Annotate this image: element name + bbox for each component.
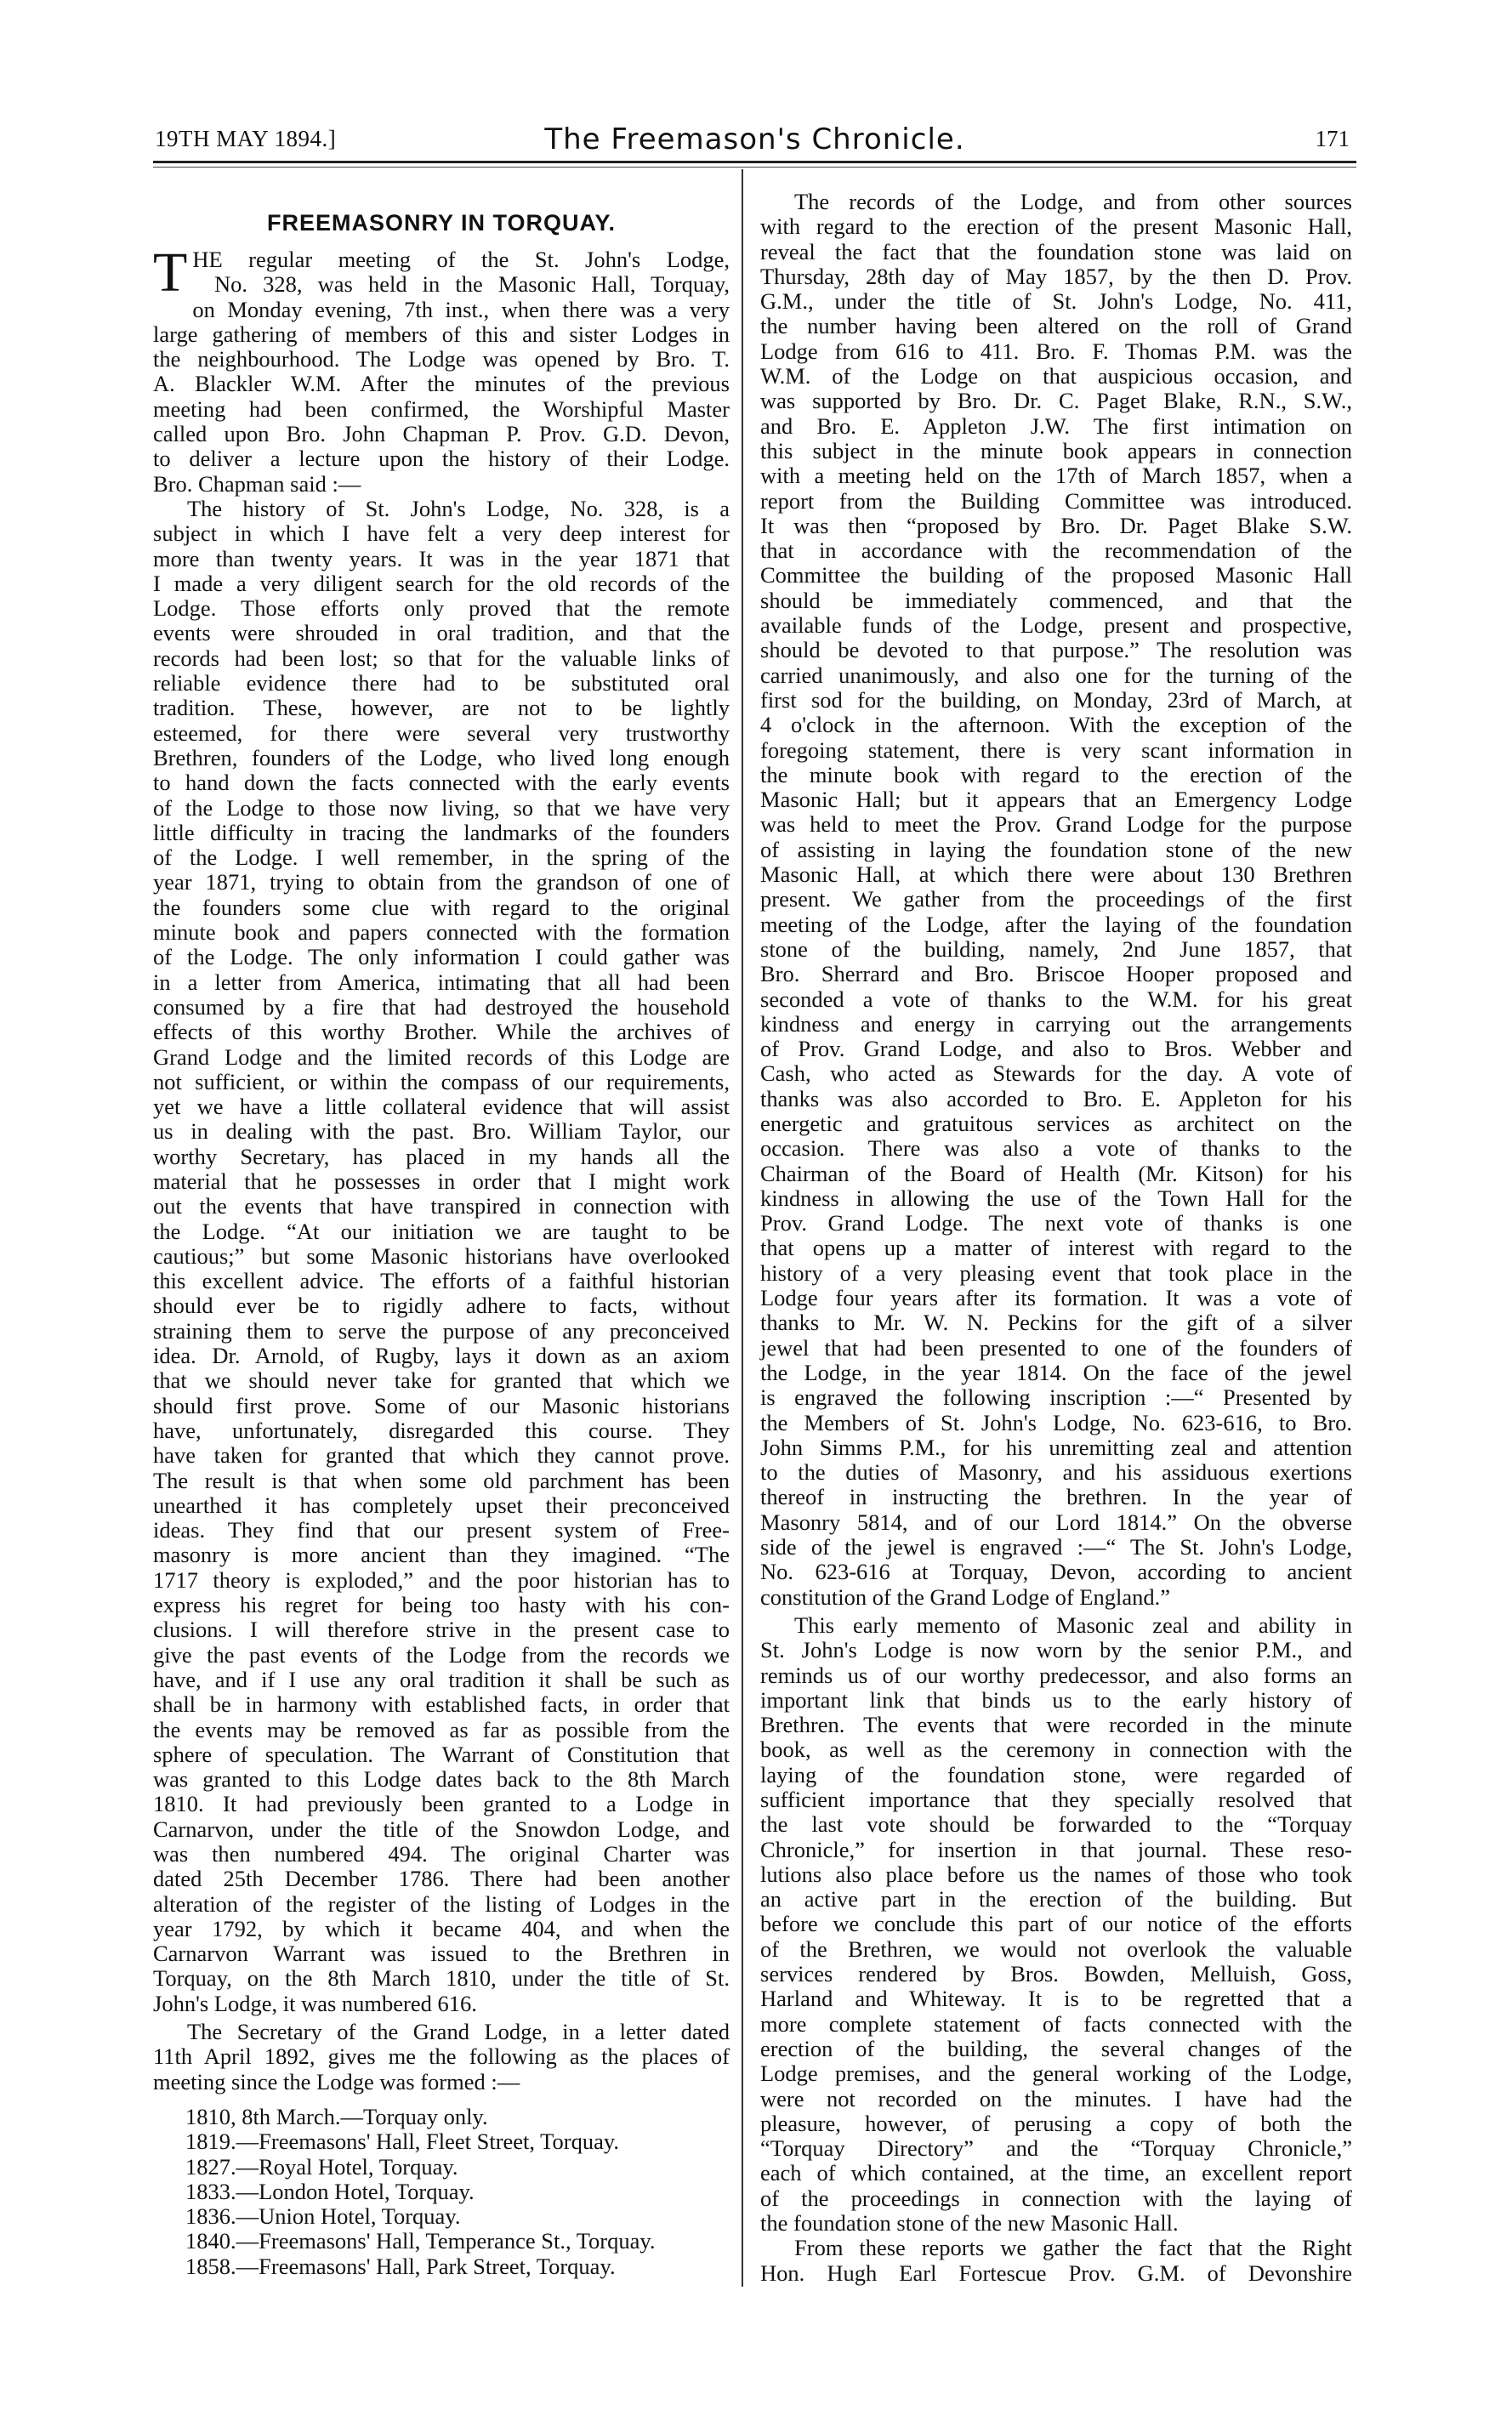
text-line: The records of the Lodge, and from other…	[760, 190, 1352, 214]
text-line: that we should never take for granted th…	[153, 1368, 730, 1393]
text-line: the foundation stone of the new Masonic …	[760, 2211, 1352, 2236]
text-line: that opens up a matter of interest with …	[760, 1236, 1352, 1260]
text-line: was supported by Bro. Dr. C. Paget Blake…	[760, 389, 1352, 413]
text-line: unearthed it has completely upset their …	[153, 1493, 730, 1518]
text-line: alteration of the register of the listin…	[153, 1892, 730, 1917]
text-line: consumed by a fire that had destroyed th…	[153, 995, 730, 1020]
text-line: The result is that when some old parchme…	[153, 1469, 730, 1493]
text-line: lutions also place before us the names o…	[760, 1862, 1352, 1887]
text-line: not sufficient, or within the compass of…	[153, 1070, 730, 1094]
text-line: should be devoted to that purpose.” The …	[760, 638, 1352, 662]
text-line: the Lodge, in the year 1814. On the face…	[760, 1361, 1352, 1385]
text-line: The history of St. John's Lodge, No. 328…	[153, 497, 730, 521]
text-line: sufficient importance that they speciall…	[760, 1788, 1352, 1812]
text-line: constitution of the Grand Lodge of Engla…	[760, 1585, 1352, 1610]
text-line: was then numbered 494. The original Char…	[153, 1842, 730, 1867]
text-line: Lodge premises, and the general working …	[760, 2061, 1352, 2086]
text-line: material that he possesses in order that…	[153, 1169, 730, 1194]
text-line: Lodge. Those efforts only proved that th…	[153, 596, 730, 621]
text-line: have taken for granted that which they c…	[153, 1443, 730, 1468]
text-line: Lodge from 616 to 411. Bro. F. Thomas P.…	[760, 339, 1352, 364]
text-line: should be immediately commenced, and tha…	[760, 588, 1352, 613]
text-line: 1827.—Royal Hotel, Torquay.	[153, 2155, 730, 2180]
text-line: the minute book with regard to the erect…	[760, 763, 1352, 787]
header-rule-thick	[153, 161, 1356, 163]
memento-paragraph: This early memento of Masonic zeal and a…	[760, 1613, 1352, 2236]
text-line: this subject in the minute book appears …	[760, 439, 1352, 463]
page-number: 171	[1316, 126, 1350, 152]
text-line: events were shrouded in oral tradition, …	[153, 621, 730, 645]
text-line: more complete statement of facts connect…	[760, 2012, 1352, 2037]
text-line: Masonic Hall, at which there were about …	[760, 862, 1352, 887]
text-line: is engraved the following inscription :—…	[760, 1385, 1352, 1410]
text-line: the events may be removed as far as poss…	[153, 1718, 730, 1742]
text-line: us in dealing with the past. Bro. Willia…	[153, 1119, 730, 1144]
text-line: stone of the building, namely, 2nd June …	[760, 937, 1352, 962]
text-line: 1836.—Union Hotel, Torquay.	[153, 2204, 730, 2229]
text-line: effects of this worthy Brother. While th…	[153, 1020, 730, 1044]
text-line: Bro. Sherrard and Bro. Briscoe Hooper pr…	[760, 962, 1352, 986]
text-line: The Secretary of the Grand Lodge, in a l…	[153, 2020, 730, 2044]
text-line: W.M. of the Lodge on that auspicious occ…	[760, 364, 1352, 389]
text-line: more than twenty years. It was in the ye…	[153, 547, 730, 571]
text-line: Chronicle,” for insertion in that journa…	[760, 1838, 1352, 1862]
text-line: was held to meet the Prov. Grand Lodge f…	[760, 812, 1352, 837]
text-line: to the duties of Masonry, and his assidu…	[760, 1460, 1352, 1485]
text-line: thereof in instructing the brethren. In …	[760, 1485, 1352, 1509]
text-line: Masonry 5814, and of our Lord 1814.” On …	[760, 1510, 1352, 1535]
text-line: St. John's Lodge is now worn by the seni…	[760, 1638, 1352, 1663]
text-line: to hand down the facts connected with th…	[153, 770, 730, 795]
secretary-paragraph: The Secretary of the Grand Lodge, in a l…	[153, 2020, 730, 2094]
text-line: dated 25th December 1786. There had been…	[153, 1867, 730, 1891]
text-line: of the Lodge to those now living, so tha…	[153, 796, 730, 821]
text-line: should ever be to rigidly adhere to fact…	[153, 1293, 730, 1318]
text-line: Hon. Hugh Earl Fortescue Prov. G.M. of D…	[760, 2261, 1352, 2286]
article-title: FREEMASONRY IN TORQUAY.	[153, 210, 730, 247]
text-line: Bro. Chapman said :—	[153, 472, 730, 497]
text-line: of assisting in laying the foundation st…	[760, 838, 1352, 862]
text-line: year 1871, trying to obtain from the gra…	[153, 870, 730, 895]
text-line: the neighbourhood. The Lodge was opened …	[153, 347, 730, 372]
text-line: occasion. There was also a vote of thank…	[760, 1136, 1352, 1161]
text-line: services rendered by Bros. Bowden, Mellu…	[760, 1962, 1352, 1987]
text-line: worthy Secretary, has placed in my hands…	[153, 1145, 730, 1169]
text-line: No. 328, was held in the Masonic Hall, T…	[153, 272, 730, 297]
intro-paragraph: HE regular meeting of the St. John's Lod…	[153, 247, 730, 497]
text-line: 1858.—Freemasons' Hall, Park Street, Tor…	[153, 2254, 730, 2279]
text-line: kindness in allowing the use of the Town…	[760, 1186, 1352, 1211]
text-line: should first prove. Some of our Masonic …	[153, 1394, 730, 1418]
text-line: Thursday, 28th day of May 1857, by the t…	[760, 264, 1352, 289]
text-line: Prov. Grand Lodge. The next vote of than…	[760, 1211, 1352, 1236]
text-line: report from the Building Committee was i…	[760, 489, 1352, 514]
text-line: No. 623-616 at Torquay, Devon, according…	[760, 1560, 1352, 1584]
text-line: history of a very pleasing event that to…	[760, 1261, 1352, 1286]
text-line: Torquay, on the 8th March 1810, under th…	[153, 1966, 730, 1991]
text-line: masonry is more ancient than they imagin…	[153, 1543, 730, 1567]
text-line: year 1792, by which it became 404, and w…	[153, 1917, 730, 1941]
text-line: 1840.—Freemasons' Hall, Temperance St., …	[153, 2229, 730, 2254]
text-line: to deliver a lecture upon the history of…	[153, 446, 730, 471]
records-paragraph: The records of the Lodge, and from other…	[760, 190, 1352, 1610]
text-line: Carnarvon Warrant was issued to the Bret…	[153, 1941, 730, 1966]
text-line: pleasure, however, of perusing a copy of…	[760, 2112, 1352, 2136]
text-line: of the Lodge. The only information I cou…	[153, 945, 730, 969]
page-header: 19TH MAY 1894.] The Freemason's Chronicl…	[153, 124, 1356, 155]
text-line: give the past events of the Lodge from t…	[153, 1643, 730, 1668]
text-line: called upon Bro. John Chapman P. Prov. G…	[153, 422, 730, 446]
text-line: on Monday evening, 7th inst., when there…	[153, 298, 730, 322]
text-line: Lodge four years after its formation. It…	[760, 1286, 1352, 1310]
text-line: large gathering of members of this and s…	[153, 322, 730, 347]
text-line: of Prov. Grand Lodge, and also to Bros. …	[760, 1037, 1352, 1061]
drop-cap: T	[153, 251, 187, 300]
text-line: Carnarvon, under the title of the Snowdo…	[153, 1817, 730, 1842]
text-line: were not recorded on the minutes. I have…	[760, 2087, 1352, 2112]
text-line: Cash, who acted as Stewards for the day.…	[760, 1061, 1352, 1086]
text-line: 1717 theory is exploded,” and the poor h…	[153, 1568, 730, 1593]
text-line: carried unanimously, and also one for th…	[760, 663, 1352, 688]
text-line: shall be in harmony with established fac…	[153, 1692, 730, 1717]
text-line: Brethren. The events that were recorded …	[760, 1713, 1352, 1737]
text-line: 1819.—Freemasons' Hall, Fleet Street, To…	[153, 2129, 730, 2154]
text-line: have, unfortunately, disregarded this co…	[153, 1418, 730, 1443]
text-line: with a meeting held on the 17th of March…	[760, 463, 1352, 488]
text-line: book, as well as the ceremony in connect…	[760, 1737, 1352, 1762]
text-line: foregoing statement, there is very scant…	[760, 738, 1352, 763]
text-line: the last vote should be forwarded to the…	[760, 1812, 1352, 1837]
text-line: that in accordance with the recommendati…	[760, 538, 1352, 563]
text-line: idea. Dr. Arnold, of Rugby, lays it down…	[153, 1344, 730, 1368]
text-line: meeting of the Lodge, after the laying o…	[760, 912, 1352, 937]
text-line: reminds us of our worthy predecessor, an…	[760, 1663, 1352, 1688]
text-line: Grand Lodge and the limited records of t…	[153, 1045, 730, 1070]
text-line: It was then “proposed by Bro. Dr. Paget …	[760, 514, 1352, 538]
text-line: 1810, 8th March.—Torquay only.	[153, 2105, 730, 2129]
text-line: sphere of speculation. The Warrant of Co…	[153, 1742, 730, 1767]
text-line: out the events that have transpired in c…	[153, 1194, 730, 1219]
text-line: Committee the building of the proposed M…	[760, 563, 1352, 588]
text-line: of the Brethren, we would not overlook t…	[760, 1937, 1352, 1962]
text-line: of the Lodge. I well remember, in the sp…	[153, 845, 730, 870]
text-line: the founders some clue with regard to th…	[153, 895, 730, 920]
publication-title: The Freemason's Chronicle.	[153, 122, 1356, 156]
text-line: minute book and papers connected with th…	[153, 920, 730, 945]
text-line: thanks to Mr. W. N. Peckins for the gift…	[760, 1310, 1352, 1335]
text-line: cautious;” but some Masonic historians h…	[153, 1244, 730, 1269]
text-line: the Members of St. John's Lodge, No. 623…	[760, 1411, 1352, 1435]
text-line: 11th April 1892, gives me the following …	[153, 2044, 730, 2069]
text-line: “Torquay Directory” and the “Torquay Chr…	[760, 2136, 1352, 2161]
text-line: kindness and energy in carrying out the …	[760, 1012, 1352, 1037]
right-column: The records of the Lodge, and from other…	[760, 190, 1352, 2286]
text-line: 1833.—London Hotel, Torquay.	[153, 2180, 730, 2204]
text-line: Chairman of the Board of Health (Mr. Kit…	[760, 1162, 1352, 1186]
text-line: side of the jewel is engraved :—“ The St…	[760, 1535, 1352, 1560]
text-line: the number having been altered on the ro…	[760, 314, 1352, 338]
text-line: of the proceedings in connection with th…	[760, 2186, 1352, 2211]
text-line: available funds of the Lodge, present an…	[760, 613, 1352, 638]
text-line: clusions. I will therefore strive in the…	[153, 1617, 730, 1642]
text-line: and Bro. E. Appleton J.W. The first inti…	[760, 414, 1352, 439]
text-line: John Simms P.M., for his unremitting zea…	[760, 1435, 1352, 1460]
text-line: subject in which I have felt a very deep…	[153, 521, 730, 546]
text-line: 4 o'clock in the afternoon. With the exc…	[760, 713, 1352, 737]
text-line: yet we have a little collateral evidence…	[153, 1094, 730, 1119]
text-line: straining them to serve the purpose of a…	[153, 1319, 730, 1344]
text-line: Harland and Whiteway. It is to be regret…	[760, 1987, 1352, 2011]
text-line: erection of the building, the several ch…	[760, 2037, 1352, 2061]
text-line: 1810. It had previously been granted to …	[153, 1792, 730, 1816]
text-line: John's Lodge, it was numbered 616.	[153, 1992, 730, 2016]
meeting-places-list: 1810, 8th March.—Torquay only.1819.—Free…	[153, 2105, 730, 2279]
text-line: tradition. These, however, are not to be…	[153, 696, 730, 720]
text-line: in a letter from America, intimating tha…	[153, 970, 730, 995]
text-line: jewel that had been presented to one of …	[760, 1336, 1352, 1361]
left-column: FREEMASONRY IN TORQUAY. T HE regular mee…	[153, 212, 730, 2279]
text-line: important link that binds us to the earl…	[760, 1688, 1352, 1713]
text-line: Masonic Hall; but it appears that an Eme…	[760, 787, 1352, 812]
text-line: seconded a vote of thanks to the W.M. fo…	[760, 987, 1352, 1012]
text-line: with regard to the erection of the prese…	[760, 214, 1352, 239]
text-line: have, and if I use any oral tradition it…	[153, 1668, 730, 1692]
text-line: G.M., under the title of St. John's Lodg…	[760, 289, 1352, 314]
text-line: Brethren, founders of the Lodge, who liv…	[153, 746, 730, 770]
text-line: I made a very diligent search for the ol…	[153, 571, 730, 596]
text-line: little difficulty in tracing the landmar…	[153, 821, 730, 845]
text-line: present. We gather from the proceedings …	[760, 887, 1352, 912]
reports-paragraph: From these reports we gather the fact th…	[760, 2236, 1352, 2286]
column-divider	[742, 169, 743, 2287]
text-line: reliable evidence there had to be substi…	[153, 671, 730, 696]
text-line: records had been lost; so that for the v…	[153, 646, 730, 671]
text-line: esteemed, for there were several very tr…	[153, 721, 730, 746]
text-line: before we conclude this part of our noti…	[760, 1912, 1352, 1936]
text-line: was granted to this Lodge dates back to …	[153, 1767, 730, 1792]
text-line: an active part in the erection of the bu…	[760, 1887, 1352, 1912]
text-line: energetic and gratuitous services as arc…	[760, 1111, 1352, 1136]
history-paragraph: The history of St. John's Lodge, No. 328…	[153, 497, 730, 2016]
text-line: this excellent advice. The efforts of a …	[153, 1269, 730, 1293]
text-line: ideas. They find that our present system…	[153, 1518, 730, 1543]
text-line: first sod for the building, on Monday, 2…	[760, 688, 1352, 713]
header-rule-thin	[153, 167, 1356, 168]
text-line: meeting since the Lodge was formed :—	[153, 2070, 730, 2094]
text-line: meeting had been confirmed, the Worshipf…	[153, 397, 730, 422]
text-line: the Lodge. “At our initiation we are tau…	[153, 1219, 730, 1244]
text-line: laying of the foundation stone, were reg…	[760, 1763, 1352, 1788]
text-line: express his regret for being too hasty w…	[153, 1593, 730, 1617]
text-line: reveal the fact that the foundation ston…	[760, 240, 1352, 264]
text-line: HE regular meeting of the St. John's Lod…	[153, 247, 730, 272]
text-line: thanks was also accorded to Bro. E. Appl…	[760, 1087, 1352, 1111]
text-line: This early memento of Masonic zeal and a…	[760, 1613, 1352, 1638]
text-line: A. Blackler W.M. After the minutes of th…	[153, 372, 730, 396]
text-line: each of which contained, at the time, an…	[760, 2161, 1352, 2185]
text-line: From these reports we gather the fact th…	[760, 2236, 1352, 2260]
